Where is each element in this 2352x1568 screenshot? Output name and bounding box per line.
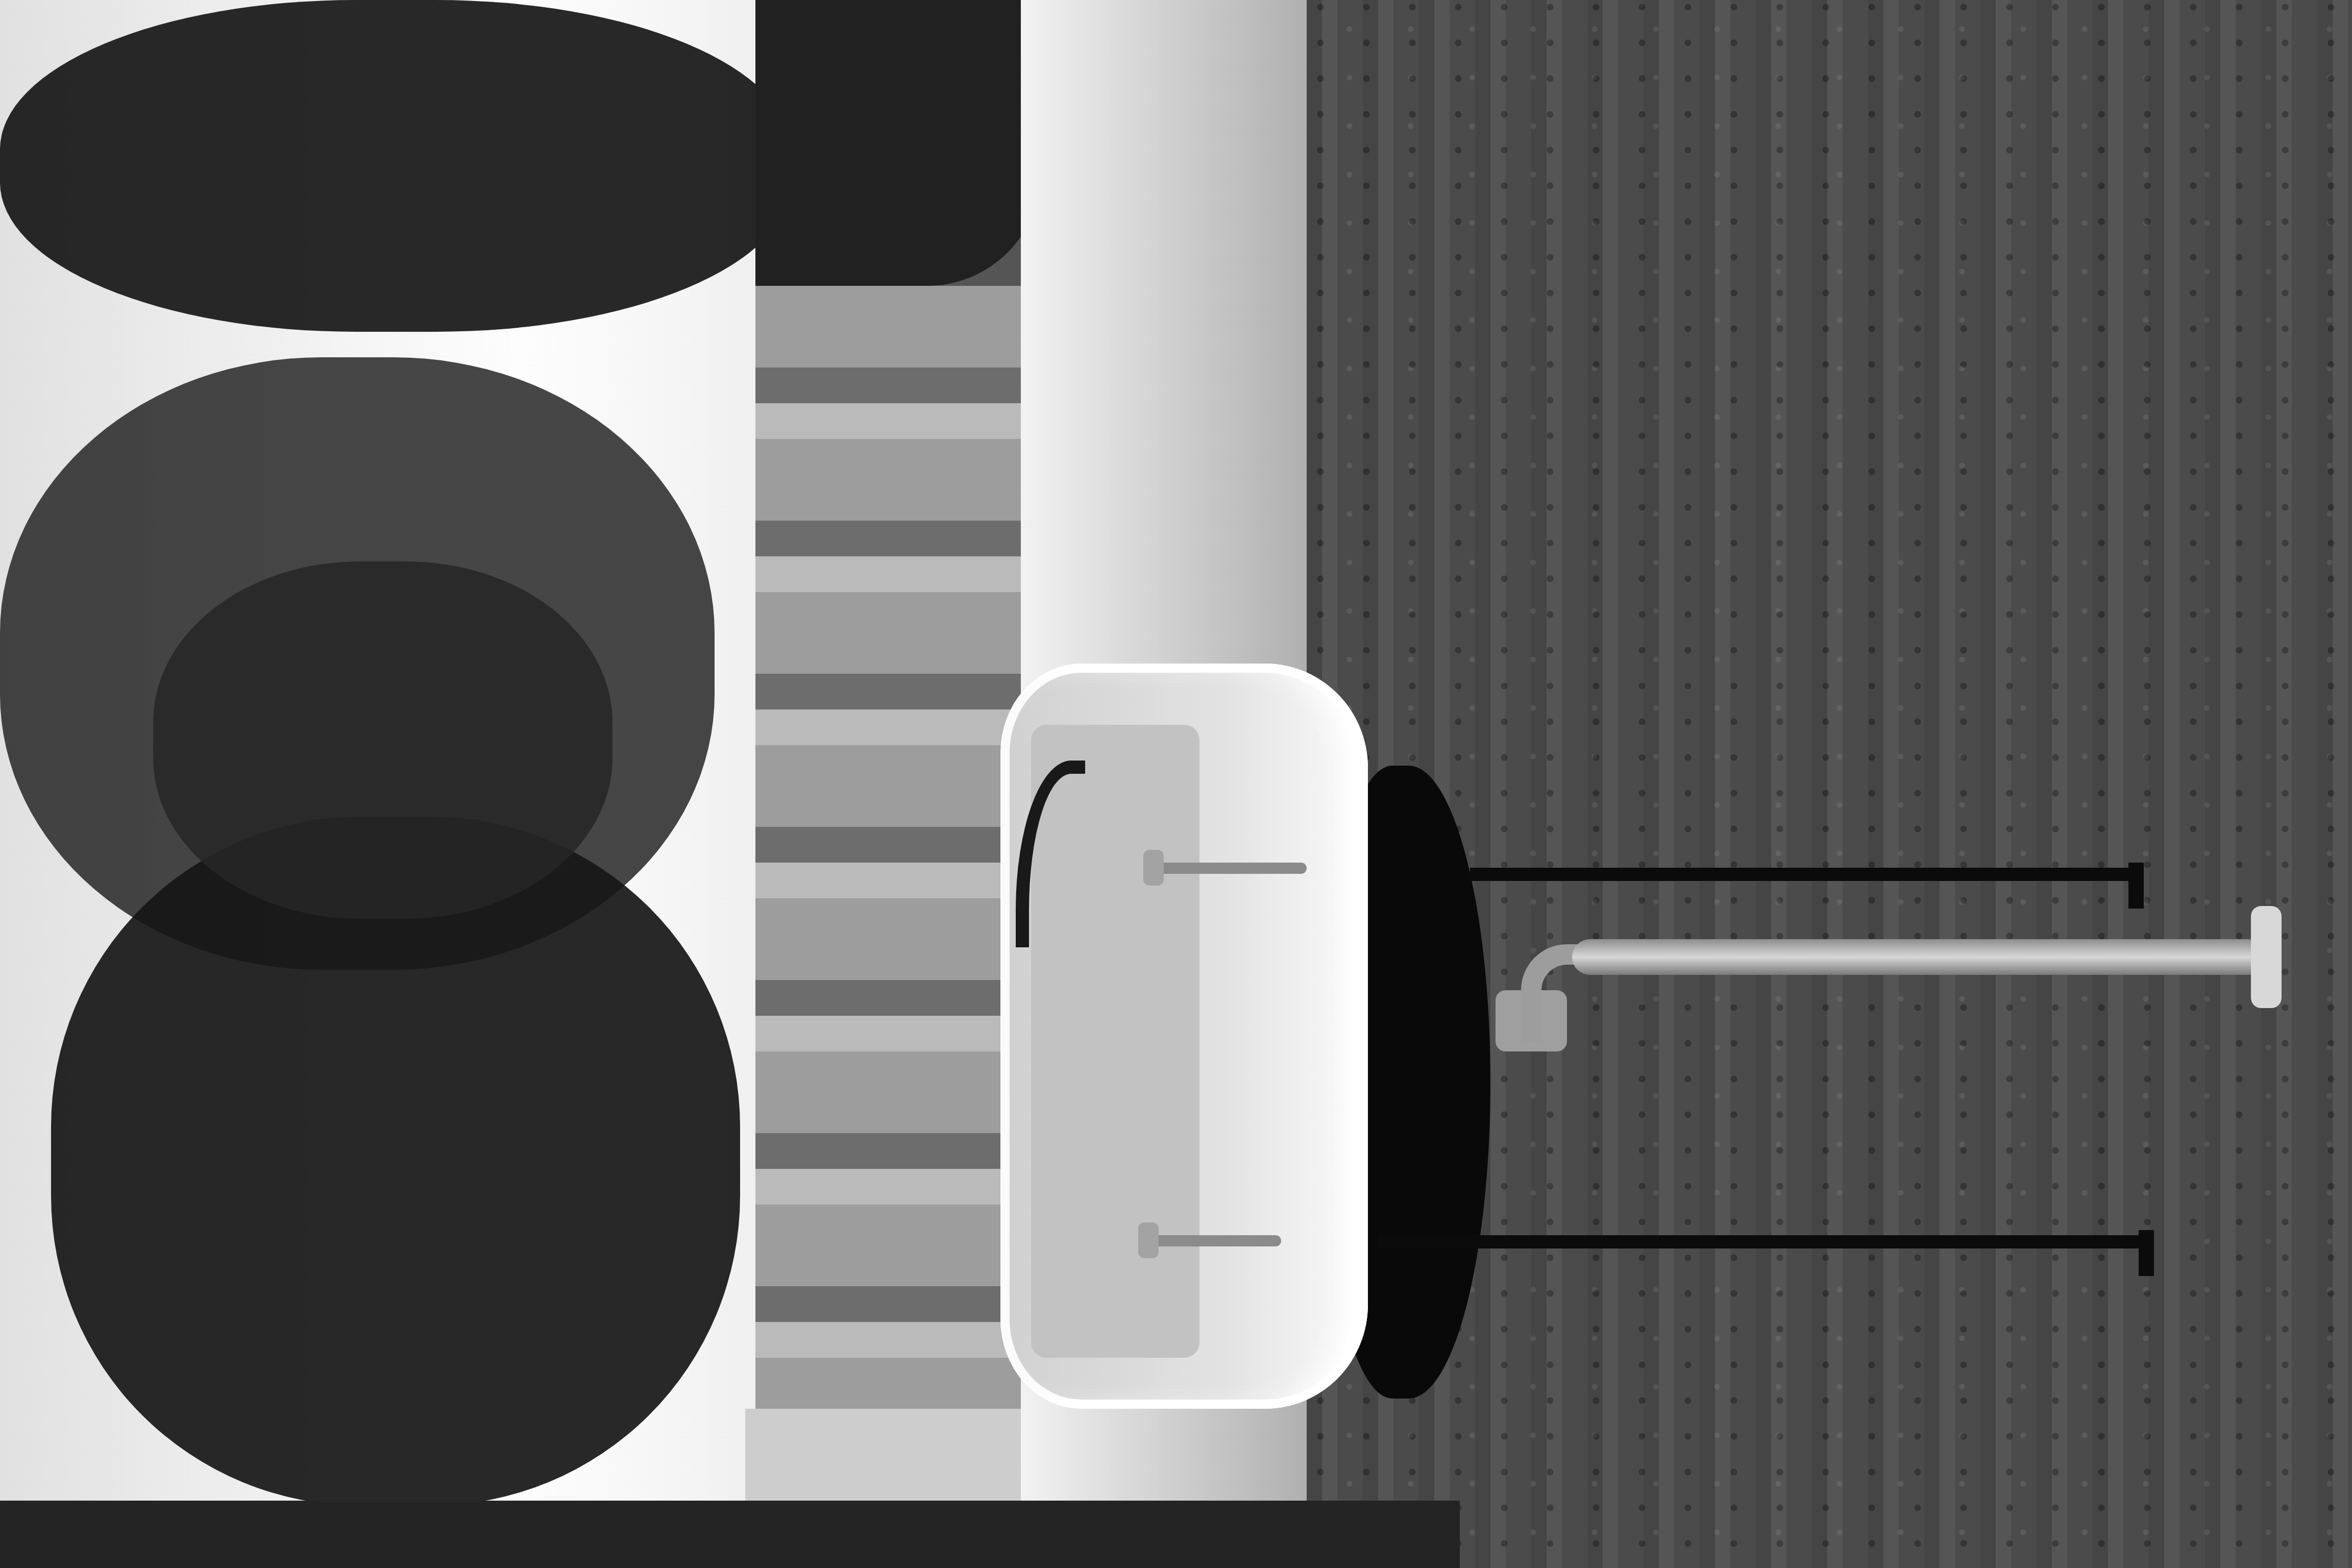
tree-branches — [153, 561, 612, 919]
hedge — [755, 0, 1041, 286]
building — [755, 286, 1031, 1521]
tub-leg — [1378, 1235, 2144, 1248]
faucet-knob — [1138, 1222, 1159, 1258]
drain-pipe — [1572, 939, 2266, 975]
building-roof — [745, 1409, 1031, 1511]
tree-canopy — [0, 0, 791, 332]
drain-pipe-flange — [2251, 906, 2282, 1008]
faucet-cold — [1143, 1235, 1281, 1246]
tub-leg — [1470, 868, 2134, 881]
tub-foot — [2139, 1230, 2154, 1276]
hedge-foreground — [0, 1501, 1460, 1568]
tub-foot — [2128, 863, 2144, 909]
faucet-knob — [1143, 850, 1164, 886]
photograph — [0, 0, 2352, 1568]
field-texture — [1307, 0, 2352, 1568]
tree-branches — [51, 817, 740, 1506]
faucet-hot — [1148, 863, 1307, 874]
